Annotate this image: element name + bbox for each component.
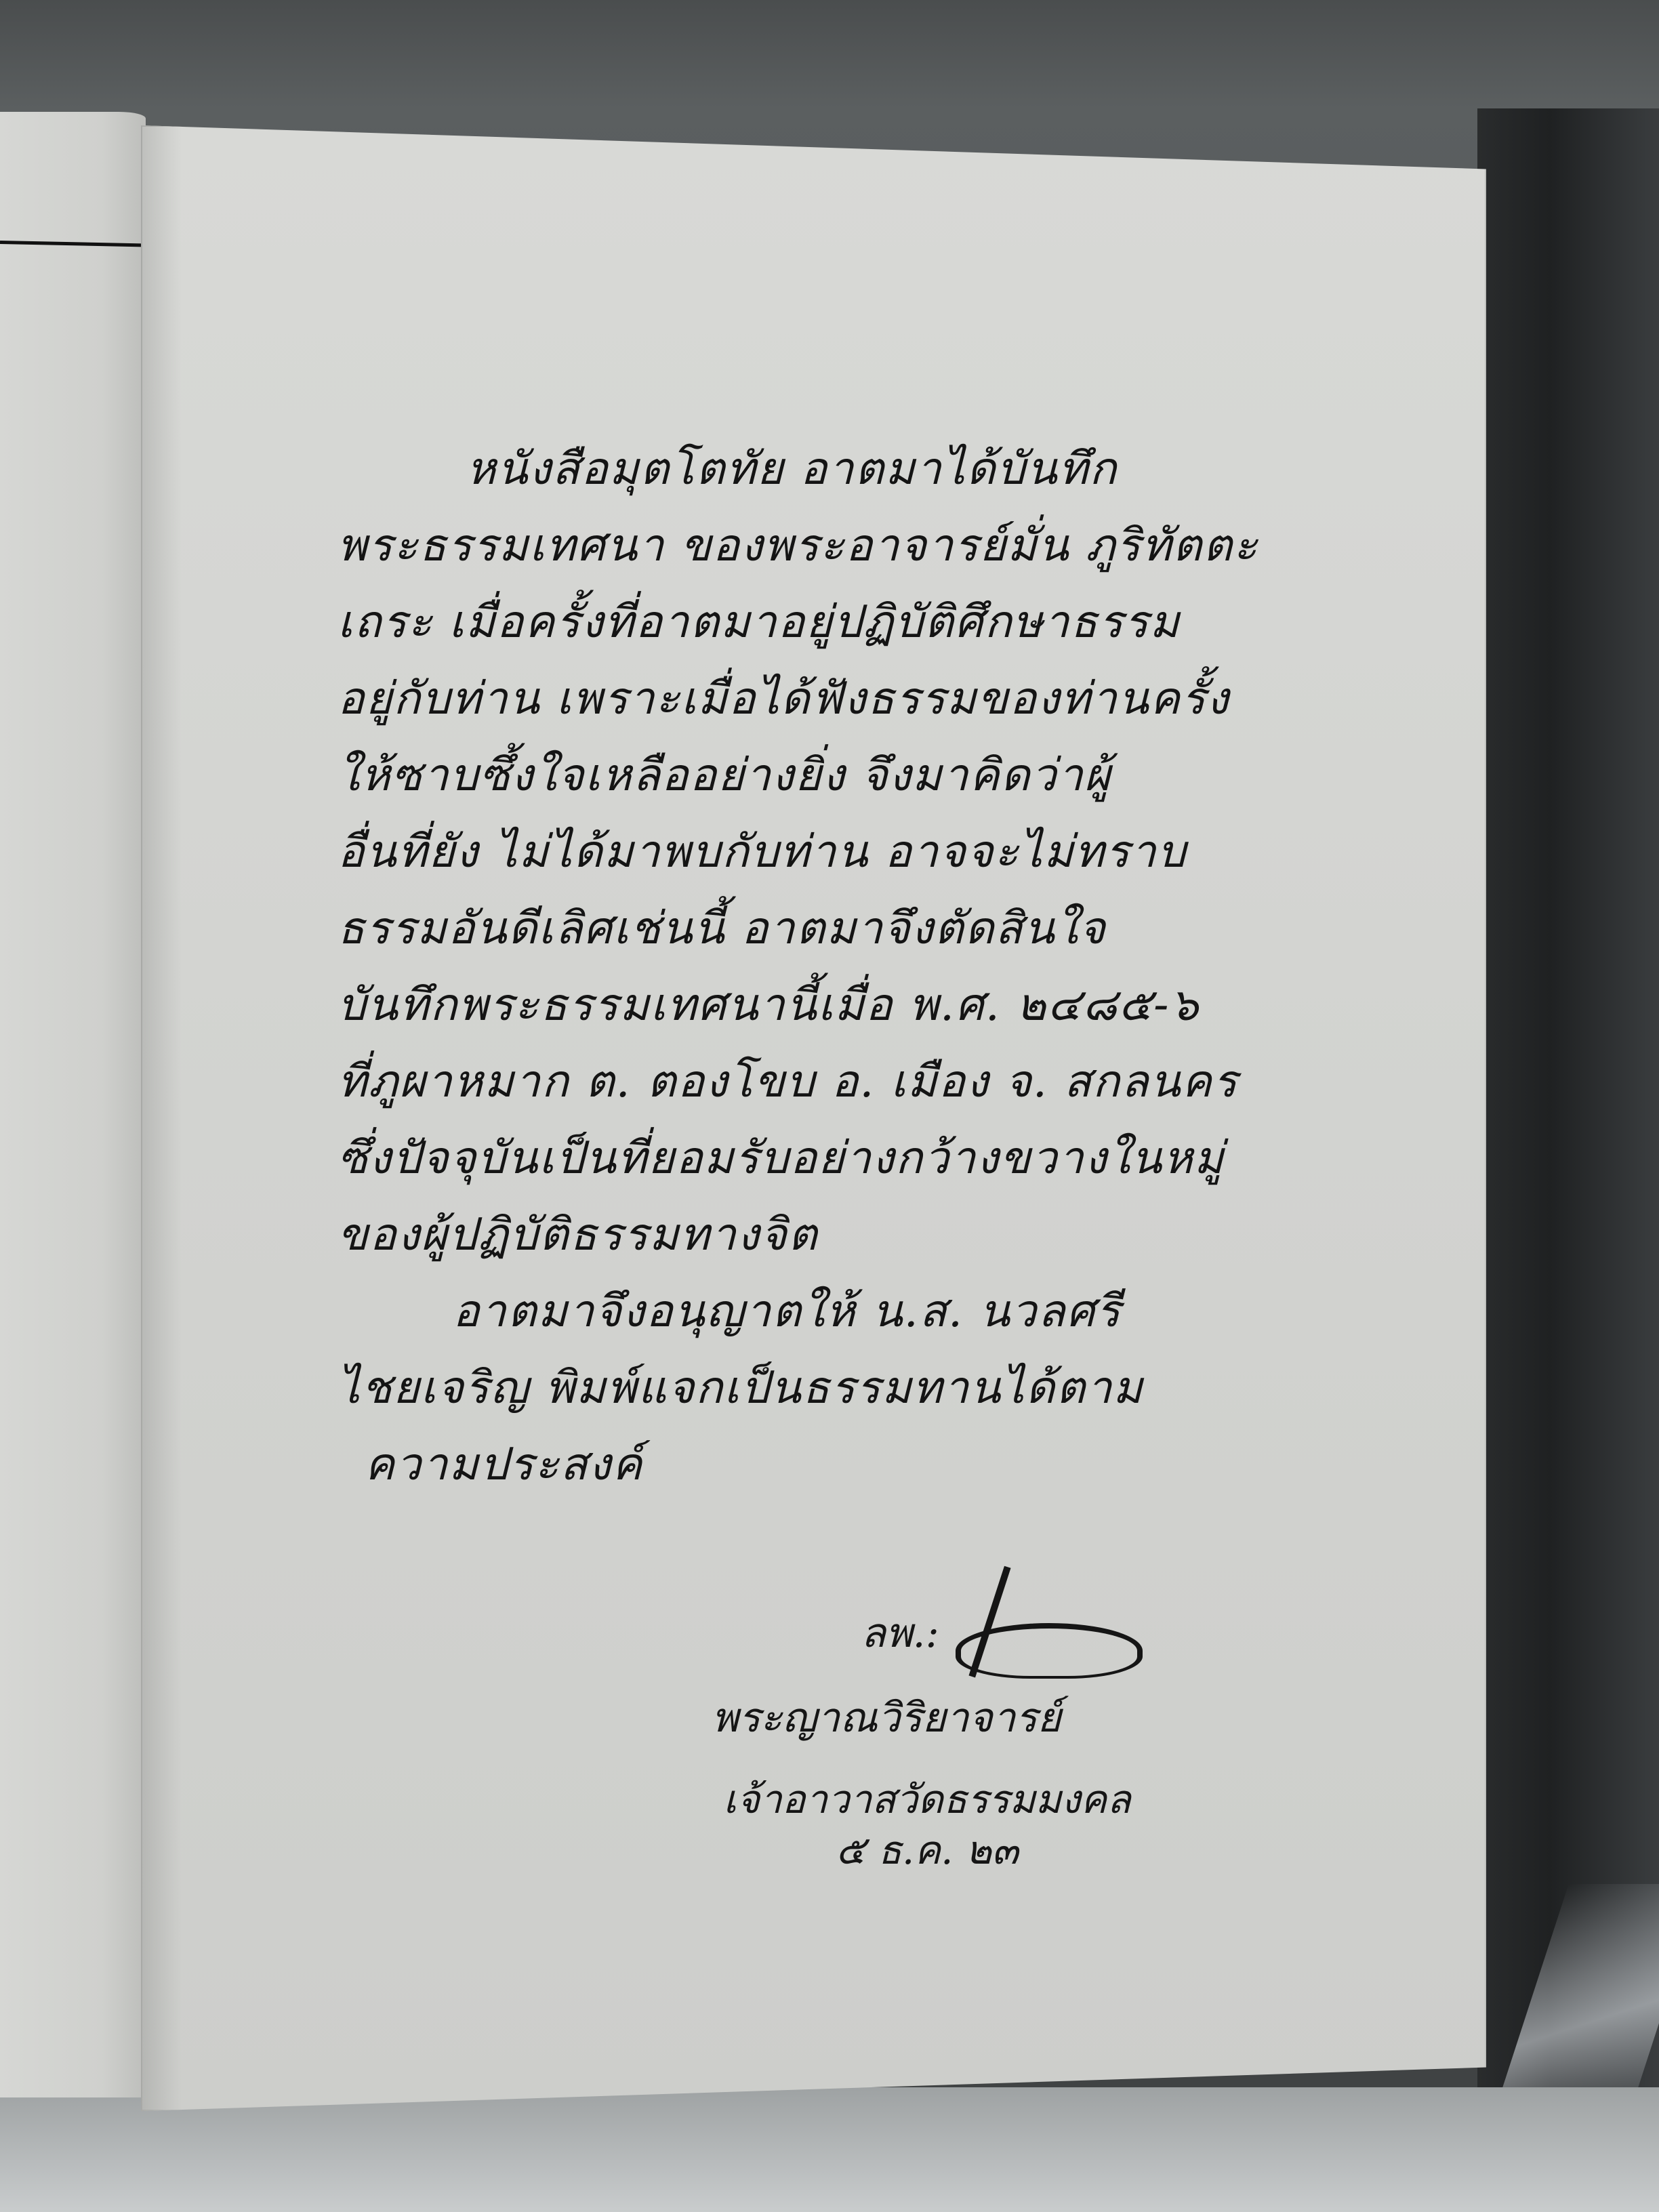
signature-block: ลพ.: พระญาณวิริยาจารย์ เจ้าอาวาสวัดธรรมม…	[520, 1582, 1334, 1874]
signatory-name: พระญาณวิริยาจารย์	[439, 1684, 1334, 1752]
signatory-title: เจ้าอาวาสวัดธรรมมงคล	[520, 1772, 1334, 1826]
body-line: ให้ซาบซึ้งใจเหลืออย่างยิ่ง จึงมาคิดว่าผู…	[337, 737, 1422, 813]
document-page: หนังสือมุตโตทัย อาตมาได้บันทึก พระธรรมเท…	[141, 125, 1486, 2111]
body-line: อยู่กับท่าน เพราะเมื่อได้ฟังธรรมของท่านค…	[337, 660, 1422, 737]
dark-background	[1477, 108, 1659, 2212]
book-gutter-shadow	[141, 125, 182, 2111]
letter-body: หนังสือมุตโตทัย อาตมาได้บันทึก พระธรรมเท…	[337, 430, 1422, 1502]
signature-mark: ลพ.:	[861, 1610, 939, 1657]
body-line: หนังสือมุตโตทัย อาตมาได้บันทึก	[337, 430, 1422, 507]
body-line: ที่ภูผาหมาก ต. ตองโขบ อ. เมือง จ. สกลนคร	[337, 1043, 1422, 1120]
body-line: ของผู้ปฏิบัติธรรมทางจิต	[337, 1196, 1422, 1273]
body-line: ความประสงค์	[337, 1426, 1422, 1502]
signature-date: ๕ ธ.ค. ๒๓	[520, 1826, 1334, 1874]
body-line: ซึ่งปัจจุบันเป็นที่ยอมรับอย่างกว้างขวางใ…	[337, 1120, 1422, 1196]
facing-left-page	[0, 112, 146, 2097]
body-line: บันทึกพระธรรมเทศนานี้เมื่อ พ.ศ. ๒๔๘๕-๖	[337, 966, 1422, 1043]
body-line: พระธรรมเทศนา ของพระอาจารย์มั่น ภูริทัตตะ	[337, 507, 1422, 583]
body-line: อื่นที่ยัง ไม่ได้มาพบกับท่าน อาจจะไม่ทรา…	[337, 813, 1422, 890]
body-line: อาตมาจึงอนุญาตให้ น.ส. นวลศรี	[337, 1273, 1422, 1349]
body-line: ธรรมอันดีเลิศเช่นนี้ อาตมาจึงตัดสินใจ	[337, 890, 1422, 966]
printed-rule-line	[0, 241, 142, 247]
signature: ลพ.:	[861, 1582, 994, 1684]
body-line: เถระ เมื่อครั้งที่อาตมาอยู่ปฏิบัติศึกษาธ…	[337, 583, 1422, 660]
body-line: ไชยเจริญ พิมพ์แจกเป็นธรรมทานได้ตาม	[337, 1349, 1422, 1426]
